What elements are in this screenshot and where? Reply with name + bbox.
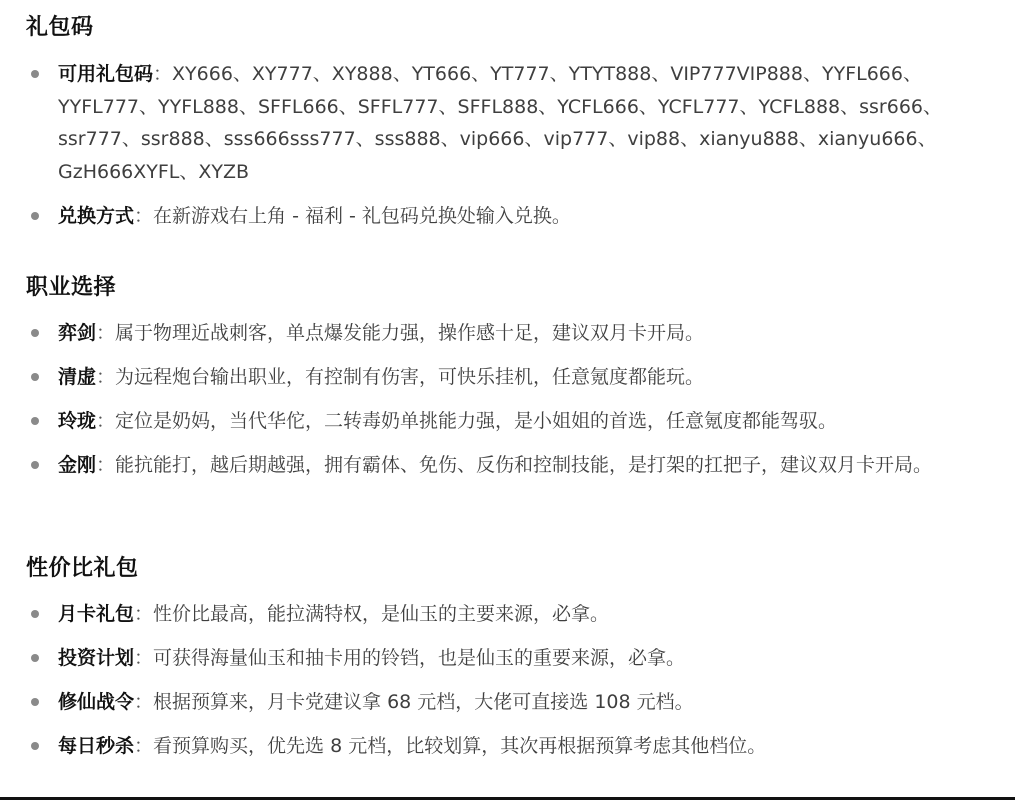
- list-item-daily-flash-sale: 每日秒杀：看预算购买，优先选 8 元档，比较划算，其次再根据预算考虑其他档位。: [58, 730, 1003, 763]
- bullet-icon: [31, 417, 39, 425]
- item-label: 投资计划: [58, 647, 134, 669]
- item-label: 修仙战令: [58, 691, 134, 713]
- item-separator: ：: [134, 691, 153, 713]
- item-label: 每日秒杀: [58, 735, 134, 757]
- section-title-gift-codes: 礼包码: [26, 14, 94, 42]
- item-text: 属于物理近战刺客，单点爆发能力强，操作感十足，建议双月卡开局。: [115, 322, 704, 344]
- item-label: 清虚: [58, 366, 96, 388]
- item-label: 弈剑: [58, 322, 96, 344]
- item-text: 性价比最高，能拉满特权，是仙玉的主要来源，必拿。: [153, 603, 609, 625]
- section-title-class-selection: 职业选择: [26, 274, 116, 302]
- bullet-icon: [31, 373, 39, 381]
- item-separator: ：: [96, 322, 115, 344]
- bullet-icon: [31, 742, 39, 750]
- bullet-icon: [31, 698, 39, 706]
- section-title-value-packs: 性价比礼包: [26, 555, 139, 583]
- item-text: 在新游戏右上角 - 福利 - 礼包码兑换处输入兑换。: [153, 205, 571, 227]
- bullet-icon: [31, 329, 39, 337]
- list-item-class-jingang: 金刚：能抗能打，越后期越强，拥有霸体、免伤、反伤和控制技能，是打架的扛把子，建议…: [58, 449, 1003, 482]
- bullet-icon: [31, 212, 39, 220]
- item-text: 能抗能打，越后期越强，拥有霸体、免伤、反伤和控制技能，是打架的扛把子，建议双月卡…: [115, 454, 932, 476]
- list-item-battle-pass: 修仙战令：根据预算来，月卡党建议拿 68 元档，大佬可直接选 108 元档。: [58, 686, 1003, 719]
- item-separator: ：: [96, 366, 115, 388]
- bullet-icon: [31, 610, 39, 618]
- item-label: 月卡礼包: [58, 603, 134, 625]
- list-item-redeem-method: 兑换方式：在新游戏右上角 - 福利 - 礼包码兑换处输入兑换。: [58, 200, 1003, 233]
- list-item-class-qingxu: 清虚：为远程炮台输出职业，有控制有伤害，可快乐挂机，任意氪度都能玩。: [58, 361, 1003, 394]
- list-item-class-yijian: 弈剑：属于物理近战刺客，单点爆发能力强，操作感十足，建议双月卡开局。: [58, 317, 1003, 350]
- item-separator: ：: [153, 63, 172, 85]
- document: 礼包码 可用礼包码：XY666、XY777、XY888、YT666、YT777、…: [0, 0, 1015, 797]
- list-item-class-linglong: 玲珑：定位是奶妈，当代华佗，二转毒奶单挑能力强，是小姐姐的首选，任意氪度都能驾驭…: [58, 405, 1003, 438]
- item-text: 看预算购买，优先选 8 元档，比较划算，其次再根据预算考虑其他档位。: [153, 735, 766, 757]
- item-label: 可用礼包码: [58, 63, 153, 85]
- item-label: 金刚: [58, 454, 96, 476]
- item-separator: ：: [134, 647, 153, 669]
- item-label: 兑换方式: [58, 205, 134, 227]
- list-item-available-codes: 可用礼包码：XY666、XY777、XY888、YT666、YT777、YTYT…: [58, 58, 1003, 188]
- item-text: 根据预算来，月卡党建议拿 68 元档，大佬可直接选 108 元档。: [153, 691, 694, 713]
- list-item-investment-plan: 投资计划：可获得海量仙玉和抽卡用的铃铛，也是仙玉的重要来源，必拿。: [58, 642, 1003, 675]
- item-text: 为远程炮台输出职业，有控制有伤害，可快乐挂机，任意氪度都能玩。: [115, 366, 704, 388]
- item-text: 可获得海量仙玉和抽卡用的铃铛，也是仙玉的重要来源，必拿。: [153, 647, 685, 669]
- item-label: 玲珑: [58, 410, 96, 432]
- item-text: XY666、XY777、XY888、YT666、YT777、YTYT888、VI…: [58, 63, 942, 183]
- bullet-icon: [31, 70, 39, 78]
- item-separator: ：: [134, 735, 153, 757]
- list-item-monthly-card: 月卡礼包：性价比最高，能拉满特权，是仙玉的主要来源，必拿。: [58, 598, 1003, 631]
- bullet-icon: [31, 461, 39, 469]
- item-separator: ：: [134, 205, 153, 227]
- item-text: 定位是奶妈，当代华佗，二转毒奶单挑能力强，是小姐姐的首选，任意氪度都能驾驭。: [115, 410, 837, 432]
- item-separator: ：: [134, 603, 153, 625]
- bullet-icon: [31, 654, 39, 662]
- item-separator: ：: [96, 454, 115, 476]
- item-separator: ：: [96, 410, 115, 432]
